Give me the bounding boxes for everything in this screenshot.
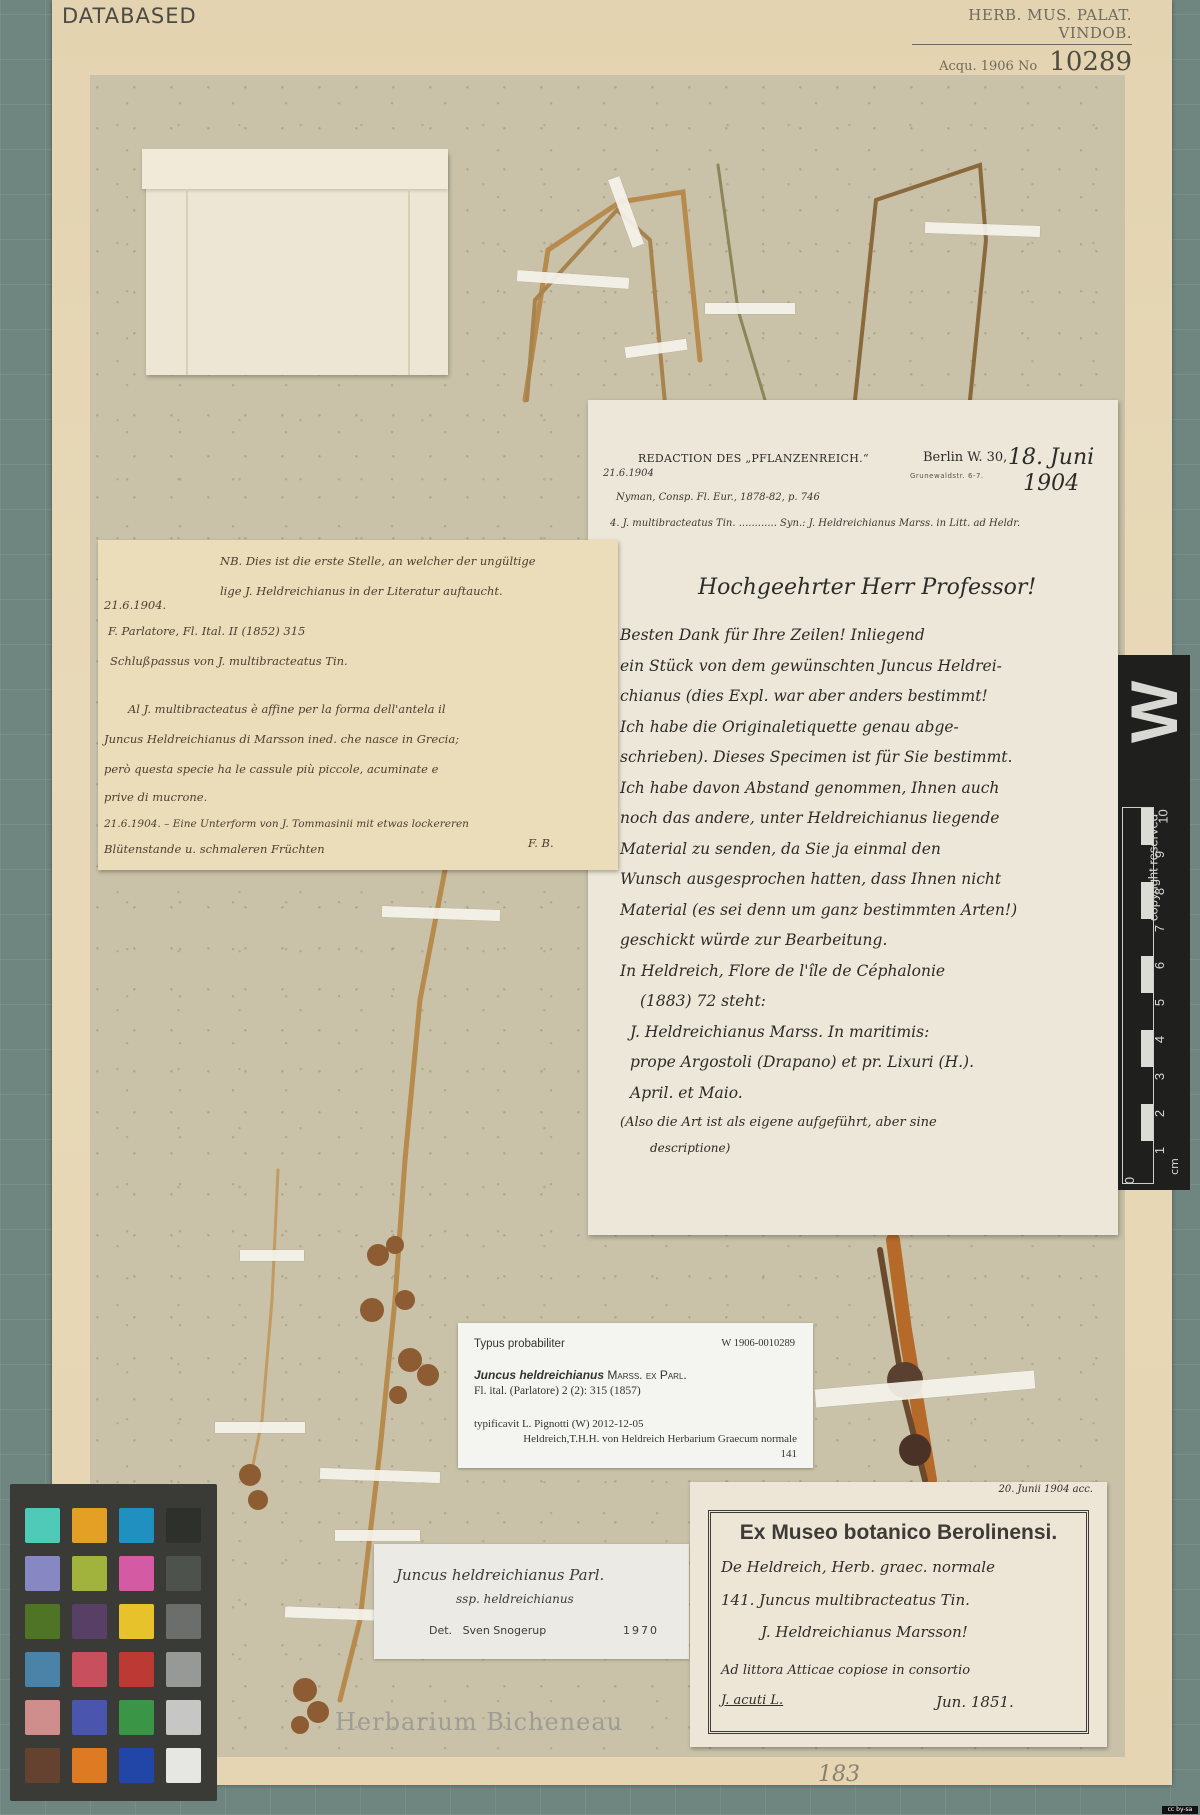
letter-line: Material zu senden, da Sie ja einmal den	[620, 834, 1100, 865]
locality-line: Ad littora Atticae copiose in consortio	[721, 1663, 970, 1678]
letter-salutation: Hochgeehrter Herr Professor!	[698, 575, 1036, 600]
det-year: 1970	[623, 1624, 659, 1637]
accession-number: 10289	[1049, 47, 1132, 77]
color-swatch	[25, 1652, 60, 1687]
letter-line: noch das andere, unter Heldreichianus li…	[620, 803, 1100, 834]
det-determiner: Sven Snogerup	[463, 1624, 547, 1637]
typification: typificavit L. Pignotti (W) 2012-12-05	[474, 1418, 644, 1430]
herbarium-provenance-stamp: Herbarium Bicheneau	[335, 1708, 623, 1736]
ruler-tick: 2	[1152, 1110, 1167, 1117]
det-taxon: Juncus heldreichianus Parl.	[396, 1566, 604, 1584]
color-swatch	[166, 1748, 201, 1783]
det-by: Det. Sven Snogerup	[429, 1624, 546, 1637]
color-swatch	[72, 1508, 107, 1543]
ruler-tick: 3	[1152, 1073, 1167, 1080]
associate-line: J. acuti L.	[721, 1693, 783, 1708]
color-swatch	[25, 1508, 60, 1543]
annotation-initials: F. B.	[528, 836, 554, 850]
packet-fold-right	[408, 189, 410, 375]
color-swatch	[25, 1748, 60, 1783]
tape-strip	[215, 1422, 305, 1433]
accession-line: Acqu. 1906 No 10289	[912, 47, 1132, 77]
letterhead: REDACTION DES „PFLANZENREICH.“	[638, 452, 869, 465]
letter-line: schrieben). Dieses Specimen ist für Sie …	[620, 742, 1100, 773]
letter-line: Ich habe die Originaletiquette genau abg…	[620, 712, 1100, 743]
scale-bar: W copyright reserved 10 9 8 7 6 5 4 3 2 …	[1118, 655, 1190, 1190]
letter-city: Berlin W. 30,	[923, 450, 1007, 465]
color-swatch	[166, 1604, 201, 1639]
letter-line: In Heldreich, Flore de l'île de Céphalon…	[620, 956, 1100, 987]
taxon-author: Marss. ex Parl.	[607, 1368, 686, 1382]
annotation-line: Al J. multibracteatus è affine per la fo…	[128, 702, 446, 716]
taxon-binomial: Juncus heldreichianus	[474, 1368, 604, 1382]
ruler-tick: 7	[1152, 925, 1167, 932]
ruler-tick: 6	[1152, 962, 1167, 969]
acquisition-year: Acqu. 1906	[939, 59, 1014, 74]
taxon-name: Juncus heldreichianus Marss. ex Parl.	[474, 1368, 687, 1382]
ruler-unit: cm	[1168, 1158, 1181, 1175]
letter-street: Grunewaldstr. 6-7.	[910, 472, 984, 480]
letter-line: April. et Maio.	[620, 1078, 1100, 1109]
annotation-line: Juncus Heldreichianus di Marsson ined. c…	[104, 732, 459, 746]
annotation-line: 21.6.1904.	[104, 598, 166, 612]
letter-line: Material (es sei denn um ganz bestimmten…	[620, 895, 1100, 926]
barcode-id: W 1906-0010289	[721, 1338, 795, 1349]
ruler-tick: 5	[1152, 999, 1167, 1006]
collection-number: 141	[781, 1448, 798, 1460]
annotation-line: lige J. Heldreichianus in der Literatur …	[220, 584, 503, 598]
note-synonym: 4. J. multibracteatus Tin. ............ …	[610, 518, 1105, 529]
color-swatch	[166, 1652, 201, 1687]
annotation-line: 21.6.1904. – Eine Unterform von J. Tomma…	[104, 818, 469, 830]
color-swatch	[119, 1604, 154, 1639]
annotation-label: NB. Dies ist die erste Stelle, an welche…	[98, 540, 618, 870]
color-swatch	[25, 1700, 60, 1735]
letter-line: ein Stück von dem gewünschten Juncus Hel…	[620, 651, 1100, 682]
museum-title: Ex Museo botanico Berolinensi.	[711, 1521, 1086, 1545]
letter-line: descriptione)	[620, 1139, 1100, 1157]
correspondence-letter: REDACTION DES „PFLANZENREICH.“ Berlin W.…	[588, 400, 1118, 1235]
letter-line: J. Heldreichianus Marss. In maritimis:	[620, 1017, 1100, 1048]
berlin-museum-label: 20. Junii 1904 acc. Ex Museo botanico Be…	[690, 1482, 1107, 1747]
ruler-tick: 9	[1152, 851, 1167, 858]
letter-line: prope Argostoli (Drapano) et pr. Lixuri …	[620, 1047, 1100, 1078]
collection-series: Heldreich,T.H.H. von Heldreich Herbarium…	[523, 1433, 797, 1445]
ruler-tick: 1	[1152, 1147, 1167, 1154]
color-swatch	[25, 1556, 60, 1591]
letter-date-year: 1904	[1008, 471, 1094, 497]
color-swatch	[72, 1556, 107, 1591]
annotation-line: però questa specie ha le cassule più pic…	[104, 762, 438, 776]
color-swatch	[119, 1652, 154, 1687]
letter-line: geschickt würde zur Bearbeitung.	[620, 925, 1100, 956]
note-date: 21.6.1904	[603, 468, 654, 479]
ruler-tick: 10	[1156, 809, 1171, 823]
institution-logo: W	[1109, 687, 1199, 743]
color-swatch	[166, 1700, 201, 1735]
ruler	[1122, 807, 1154, 1184]
tape-strip	[335, 1530, 420, 1541]
letter-date-day: 18. Juni	[1008, 445, 1094, 471]
color-calibration-chart	[10, 1484, 217, 1801]
label-frame: Ex Museo botanico Berolinensi. De Heldre…	[708, 1510, 1089, 1734]
color-swatch	[119, 1508, 154, 1543]
typus-label: Typus probabiliter W 1906-0010289 Juncus…	[458, 1323, 813, 1468]
det-prefix: Det.	[429, 1624, 452, 1637]
letter-date: 18. Juni 1904	[1008, 445, 1094, 497]
number-prefix: No	[1018, 59, 1037, 74]
protologue-citation: Fl. ital. (Parlatore) 2 (2): 315 (1857)	[474, 1385, 641, 1397]
herbarium-stamp: HERB. MUS. PALAT. VINDOB. Acqu. 1906 No …	[912, 6, 1132, 77]
color-swatch	[119, 1700, 154, 1735]
accession-note: 20. Junii 1904 acc.	[998, 1484, 1093, 1495]
ruler-tick: 8	[1152, 888, 1167, 895]
color-swatch	[119, 1556, 154, 1591]
color-swatch	[119, 1748, 154, 1783]
letter-body: Besten Dank für Ihre Zeilen! Inliegend e…	[620, 620, 1100, 1157]
packet-flap	[142, 149, 448, 189]
ruler-tick: 4	[1152, 1036, 1167, 1043]
tape-strip	[705, 303, 795, 314]
license-badge[interactable]: cc by-sa	[1162, 1806, 1198, 1814]
color-swatch	[166, 1508, 201, 1543]
letter-line: Wunsch ausgesprochen hatten, dass Ihnen …	[620, 864, 1100, 895]
tape-strip	[240, 1250, 304, 1261]
color-swatch	[72, 1700, 107, 1735]
specimen-line: 141. Juncus multibracteatus Tin.	[721, 1591, 970, 1609]
collection-line: De Heldreich, Herb. graec. normale	[721, 1558, 995, 1576]
databased-stamp: DATABASED	[62, 4, 197, 28]
color-swatch	[72, 1748, 107, 1783]
color-swatch	[166, 1556, 201, 1591]
pencil-number: 183	[818, 1762, 860, 1787]
packet-fold-left	[186, 189, 188, 375]
note-reference: Nyman, Consp. Fl. Eur., 1878-82, p. 746	[616, 492, 820, 503]
ruler-tick: 0	[1122, 1177, 1137, 1184]
annotation-line: prive di mucrone.	[104, 790, 207, 804]
letter-line: (1883) 72 steht:	[620, 986, 1100, 1017]
color-swatch	[72, 1604, 107, 1639]
det-subspecies: ssp. heldreichianus	[456, 1592, 574, 1606]
annotation-line: F. Parlatore, Fl. Ital. II (1852) 315	[108, 624, 305, 638]
color-swatch	[72, 1652, 107, 1687]
letter-line: (Also die Art ist als eigene aufgeführt,…	[620, 1108, 1100, 1139]
determination-label: Juncus heldreichianus Parl. ssp. heldrei…	[374, 1544, 689, 1659]
annotation-line: Blütenstande u. schmaleren Früchten	[104, 842, 325, 856]
annotation-line: Schlußpassus von J. multibracteatus Tin.	[110, 654, 348, 668]
type-status: Typus probabiliter	[474, 1338, 565, 1350]
collection-date: Jun. 1851.	[936, 1693, 1014, 1711]
color-swatch	[25, 1604, 60, 1639]
letter-line: chianus (dies Expl. war aber anders best…	[620, 681, 1100, 712]
fragment-packet[interactable]	[146, 153, 448, 375]
letter-line: Ich habe davon Abstand genommen, Ihnen a…	[620, 773, 1100, 804]
letter-line: Besten Dank für Ihre Zeilen! Inliegend	[620, 620, 1100, 651]
synonym-line: J. Heldreichianus Marsson!	[761, 1623, 968, 1641]
annotation-line: NB. Dies ist die erste Stelle, an welche…	[220, 554, 536, 568]
ruler-segment	[1141, 808, 1153, 845]
herbarium-name: HERB. MUS. PALAT. VINDOB.	[912, 6, 1132, 45]
